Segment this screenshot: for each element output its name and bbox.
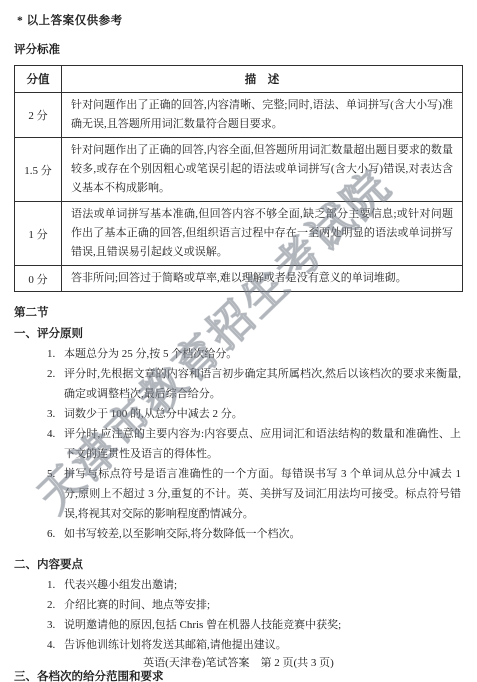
list-item: 3. 说明邀请他的原因,包括 Chris 曾在机器人技能竞赛中获奖; (47, 615, 461, 635)
item-number: 4. (47, 635, 64, 655)
principles-heading: 一、评分原则 (14, 325, 463, 341)
principles-list: 1. 本题总分为 25 分,按 5 个档次给分。 2. 评分时,先根据文章的内容… (14, 344, 463, 544)
item-text: 本题总分为 25 分,按 5 个档次给分。 (64, 344, 461, 364)
list-item: 1. 代表兴趣小组发出邀请; (47, 575, 461, 595)
item-number: 1. (47, 344, 64, 364)
reference-note: * 以上答案仅供参考 (17, 12, 463, 28)
item-text: 拼写与标点符号是语言准确性的一个方面。每错误书写 3 个单词从总分中减去 1 分… (64, 464, 461, 524)
table-header-row: 分值 描 述 (15, 66, 463, 93)
score-cell: 0 分 (15, 266, 62, 292)
list-item: 3. 词数少于 100 的,从总分中减去 2 分。 (47, 404, 461, 424)
item-text: 词数少于 100 的,从总分中减去 2 分。 (64, 404, 461, 424)
score-cell: 1 分 (15, 202, 62, 266)
score-cell: 1.5 分 (15, 138, 62, 202)
item-number: 3. (47, 615, 64, 635)
list-item: 6. 如书写较差,以至影响交际,将分数降低一个档次。 (47, 524, 461, 544)
item-text: 说明邀请他的原因,包括 Chris 曾在机器人技能竞赛中获奖; (64, 615, 461, 635)
item-text: 代表兴趣小组发出邀请; (64, 575, 461, 595)
list-item: 2. 介绍比赛的时间、地点等安排; (47, 595, 461, 615)
item-text: 评分时,先根据文章的内容和语言初步确定其所属档次,然后以该档次的要求来衡量,确定… (64, 364, 461, 404)
item-text: 如书写较差,以至影响交际,将分数降低一个档次。 (64, 524, 461, 544)
table-row: 1 分 语法或单词拼写基本准确,但回答内容不够全面,缺乏部分主要信息;或针对问题… (15, 202, 463, 266)
item-number: 6. (47, 524, 64, 544)
list-item: 5. 拼写与标点符号是语言准确性的一个方面。每错误书写 3 个单词从总分中减去 … (47, 464, 461, 524)
score-cell: 2 分 (15, 93, 62, 138)
content-points-heading: 二、内容要点 (14, 556, 463, 572)
list-item: 2. 评分时,先根据文章的内容和语言初步确定其所属档次,然后以该档次的要求来衡量… (47, 364, 461, 404)
item-number: 5. (47, 464, 64, 524)
description-cell: 语法或单词拼写基本准确,但回答内容不够全面,缺乏部分主要信息;或针对问题作出了基… (62, 202, 463, 266)
table-row: 1.5 分 针对问题作出了正确的回答,内容全面,但答题所用词汇数量超出题目要求的… (15, 138, 463, 202)
section-two-title: 第二节 (14, 304, 463, 320)
item-text: 评分时,应注意的主要内容为:内容要点、应用词汇和语法结构的数量和准确性、上下文的… (64, 424, 461, 464)
scoring-criteria-title: 评分标准 (14, 41, 463, 57)
list-item: 4. 评分时,应注意的主要内容为:内容要点、应用词汇和语法结构的数量和准确性、上… (47, 424, 461, 464)
list-item: 4. 告诉他训练计划将发送其邮箱,请他提出建议。 (47, 635, 461, 655)
item-number: 2. (47, 595, 64, 615)
score-column-header: 分值 (15, 66, 62, 93)
description-column-header: 描 述 (62, 66, 463, 93)
description-cell: 答非所问;回答过于简略或草率,难以理解或者是没有意义的单词堆砌。 (62, 266, 463, 292)
document-page: * 以上答案仅供参考 评分标准 分值 描 述 2 分 针对问题作出了正确的回答,… (0, 0, 477, 682)
item-number: 3. (47, 404, 64, 424)
item-text: 介绍比赛的时间、地点等安排; (64, 595, 461, 615)
description-cell: 针对问题作出了正确的回答,内容清晰、完整;同时,语法、单词拼写(含大小写)准确无… (62, 93, 463, 138)
description-cell: 针对问题作出了正确的回答,内容全面,但答题所用词汇数量超出题目要求的数量较多,或… (62, 138, 463, 202)
item-number: 4. (47, 424, 64, 464)
scoring-table: 分值 描 述 2 分 针对问题作出了正确的回答,内容清晰、完整;同时,语法、单词… (14, 65, 463, 292)
levels-heading: 三、各档次的给分范围和要求 (14, 668, 463, 682)
item-text: 告诉他训练计划将发送其邮箱,请他提出建议。 (64, 635, 461, 655)
content-points-list: 1. 代表兴趣小组发出邀请; 2. 介绍比赛的时间、地点等安排; 3. 说明邀请… (14, 575, 463, 655)
item-number: 2. (47, 364, 64, 404)
table-row: 0 分 答非所问;回答过于简略或草率,难以理解或者是没有意义的单词堆砌。 (15, 266, 463, 292)
item-number: 1. (47, 575, 64, 595)
page-footer: 英语(天津卷)笔试答案 第 2 页(共 3 页) (0, 654, 477, 670)
list-item: 1. 本题总分为 25 分,按 5 个档次给分。 (47, 344, 461, 364)
table-row: 2 分 针对问题作出了正确的回答,内容清晰、完整;同时,语法、单词拼写(含大小写… (15, 93, 463, 138)
